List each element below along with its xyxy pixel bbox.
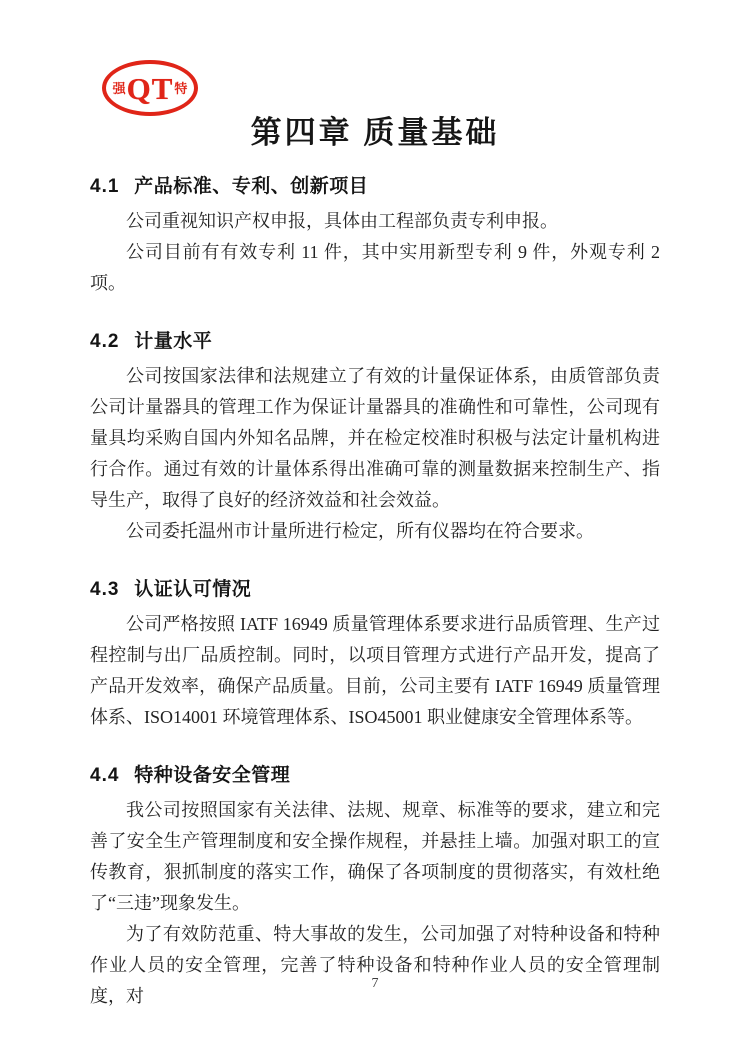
paragraph: 为了有效防范重、特大事故的发生，公司加强了对特种设备和特种作业人员的安全管理，完…: [90, 919, 660, 1012]
section-4-3: 4.3 认证认可情况 公司严格按照 IATF 16949 质量管理体系要求进行品…: [90, 577, 660, 733]
section-heading-label: 特种设备安全管理: [134, 765, 290, 786]
section-4-2: 4.2 计量水平 公司按国家法律和法规建立了有效的计量保证体系，由质管部负责公司…: [90, 329, 660, 547]
section-heading: 4.3 认证认可情况: [90, 577, 660, 603]
section-4-1: 4.1 产品标准、专利、创新项目 公司重视知识产权申报，具体由工程部负责专利申报…: [90, 174, 660, 299]
paragraph: 公司按国家法律和法规建立了有效的计量保证体系，由质管部负责公司计量器具的管理工作…: [90, 361, 660, 516]
company-logo: 强 QT 特: [102, 60, 198, 116]
paragraph: 公司重视知识产权申报，具体由工程部负责专利申报。: [90, 206, 660, 237]
logo-qt-text: QT: [127, 73, 174, 104]
section-heading: 4.4 特种设备安全管理: [90, 763, 660, 789]
page-content: 第四章 质量基础 4.1 产品标准、专利、创新项目 公司重视知识产权申报，具体由…: [0, 0, 750, 1012]
section-number: 4.2: [90, 331, 119, 352]
section-heading-label: 产品标准、专利、创新项目: [134, 176, 368, 197]
paragraph: 我公司按照国家有关法律、法规、规章、标准等的要求，建立和完善了安全生产管理制度和…: [90, 795, 660, 919]
section-heading-label: 认证认可情况: [134, 579, 251, 600]
section-number: 4.1: [90, 176, 119, 197]
paragraph: 公司目前有有效专利 11 件，其中实用新型专利 9 件，外观专利 2 项。: [90, 237, 660, 299]
section-number: 4.3: [90, 579, 119, 600]
section-heading: 4.1 产品标准、专利、创新项目: [90, 174, 660, 200]
section-heading: 4.2 计量水平: [90, 329, 660, 355]
section-number: 4.4: [90, 765, 119, 786]
page-number: 7: [0, 976, 750, 992]
logo-right-char: 特: [174, 82, 187, 95]
section-heading-label: 计量水平: [134, 331, 212, 352]
paragraph: 公司严格按照 IATF 16949 质量管理体系要求进行品质管理、生产过程控制与…: [90, 609, 660, 733]
document-page: 强 QT 特 第四章 质量基础 4.1 产品标准、专利、创新项目 公司重视知识产…: [0, 0, 750, 1060]
logo-left-char: 强: [113, 82, 126, 95]
section-4-4: 4.4 特种设备安全管理 我公司按照国家有关法律、法规、规章、标准等的要求，建立…: [90, 763, 660, 1012]
paragraph: 公司委托温州市计量所进行检定，所有仪器均在符合要求。: [90, 516, 660, 547]
